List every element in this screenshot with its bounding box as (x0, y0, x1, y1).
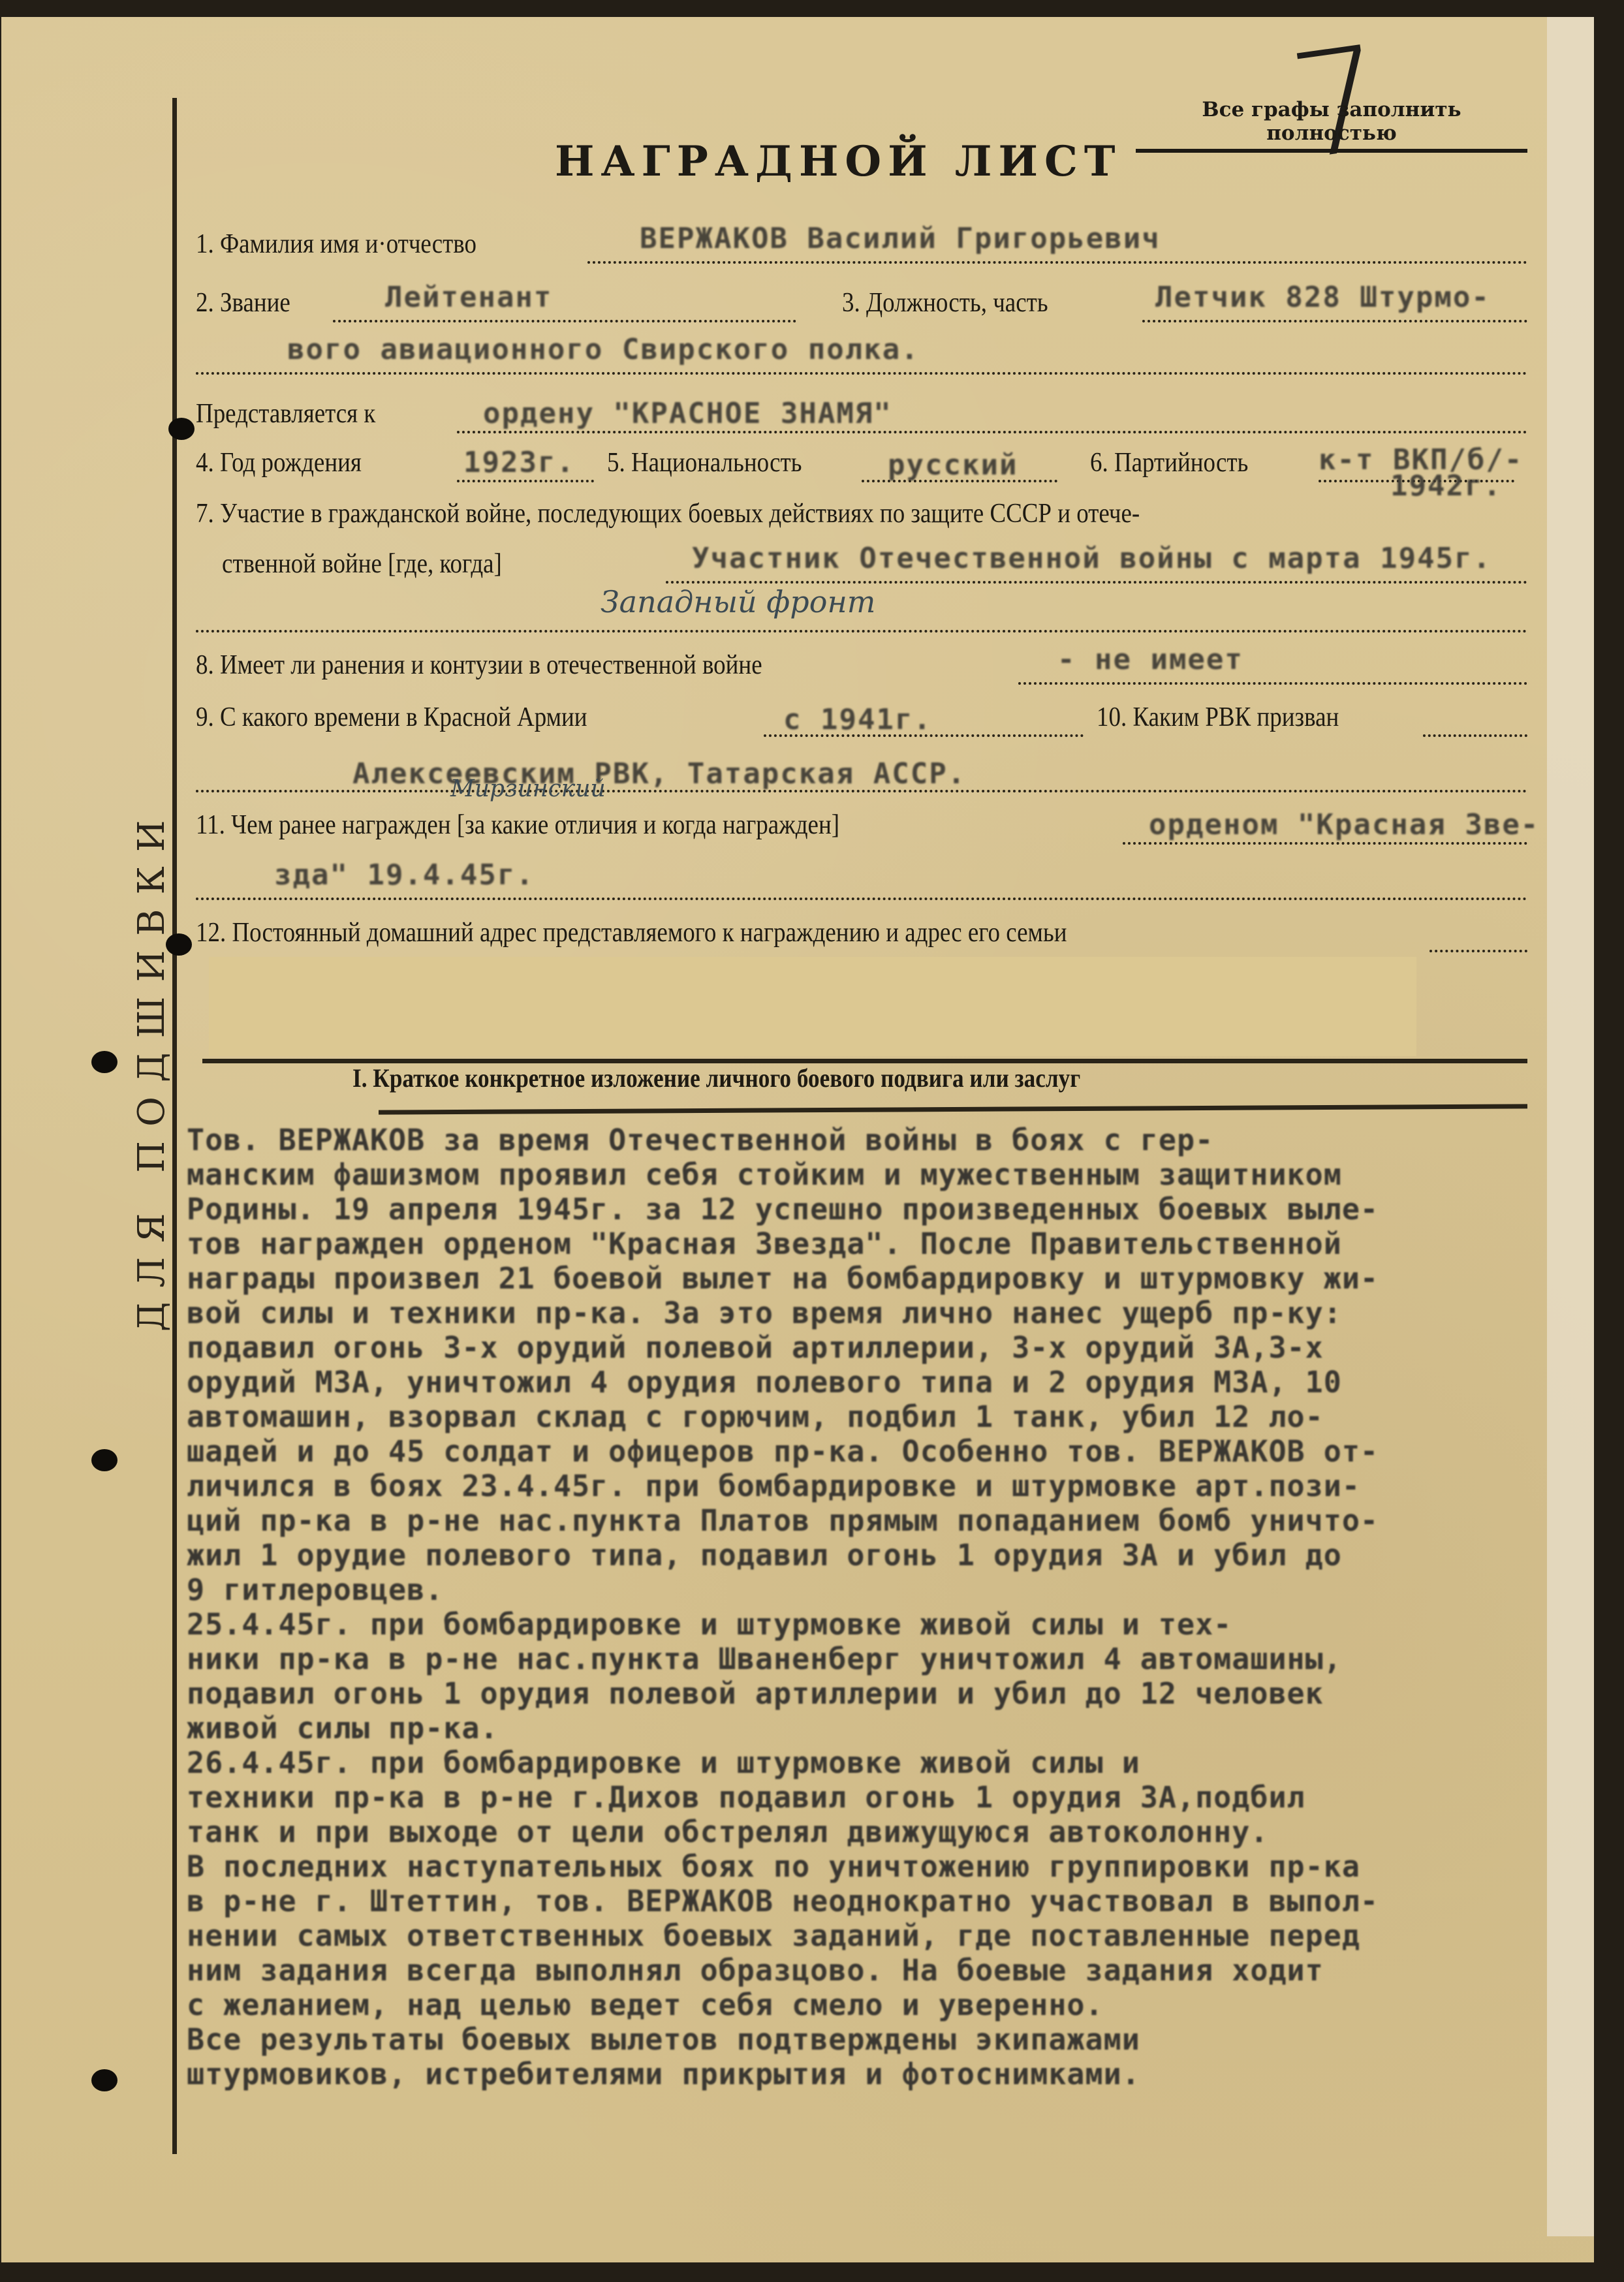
narrative-line: Тов. ВЕРЖАКОВ за время Отечественной вой… (187, 1123, 1590, 1157)
narrative-line: подавил огонь 1 орудия полевой артиллери… (187, 1676, 1590, 1711)
field-label: 11. Чем ранее награжден [за какие отличи… (196, 809, 839, 841)
narrative-line: нении самых ответственных боевых заданий… (187, 1918, 1590, 1953)
binding-hole-icon (91, 1449, 117, 1471)
binding-hole-icon (168, 418, 195, 440)
document-title: НАГРАДНОЙ ЛИСТ (555, 137, 1122, 186)
field-label: 2. Звание (196, 287, 290, 319)
narrative-line: награды произвел 21 боевой вылет на бомб… (187, 1261, 1590, 1296)
field-label: 3. Должность, часть (842, 287, 1048, 319)
field-label: 9. С какого времени в Красной Армии (196, 702, 587, 733)
field-value: вого авиационного Свирского полка. (287, 333, 920, 366)
field-rvk-cont: Алексеевским РВК, Татарская АССР. Мирзин… (196, 751, 1527, 796)
field-position-cont: вого авиационного Свирского полка. (196, 333, 1527, 379)
field-previous-awards: 11. Чем ранее награжден [за какие отличи… (196, 803, 1527, 849)
field-rank-position: 2. Звание Лейтенант 3. Должность, часть … (196, 281, 1527, 326)
narrative-line: жил 1 орудие полевого типа, подавил огон… (187, 1538, 1590, 1572)
narrative-line: ники пр-ка в р-не нас.пункта Шваненберг … (187, 1642, 1590, 1676)
field-service-since-rvk: 9. С какого времени в Красной Армии с 19… (196, 695, 1527, 741)
narrative-line: танк и при выходе от цели обстрелял движ… (187, 1815, 1590, 1849)
binding-hole-icon (166, 933, 192, 956)
narrative-line: штурмовиков, истребителями прикрытия и ф… (187, 2057, 1590, 2091)
field-war-participation-cont: ственной войне [где, когда] Участник Оте… (196, 542, 1527, 587)
binding-hole-icon (91, 1051, 117, 1073)
field-war-participation: 7. Участие в гражданской войне, последую… (196, 493, 1527, 539)
field-label: 5. Национальность (607, 447, 802, 478)
narrative-line: личился в боях 23.4.45г. при бомбардиров… (187, 1469, 1590, 1503)
field-wounds: 8. Имеет ли ранения и контузии в отечест… (196, 643, 1527, 689)
narrative-line: в р-не г. Штеттин, тов. ВЕРЖАКОВ неоднок… (187, 1884, 1590, 1918)
narrative-line: Родины. 19 апреля 1945г. за 12 успешно п… (187, 1192, 1590, 1227)
narrative-line: с желанием, над целью ведет себя смело и… (187, 1988, 1590, 2022)
field-home-address: 12. Постоянный домашний адрес представля… (196, 911, 1527, 956)
narrative-line: Все результаты боевых вылетов подтвержде… (187, 2022, 1590, 2057)
field-value: Летчик 828 Штурмо- (1155, 281, 1490, 314)
field-value: ВЕРЖАКОВ Василий Григорьевич (640, 222, 1161, 255)
field-label: 7. Участие в гражданской войне, последую… (196, 498, 1140, 529)
field-value: Алексеевским РВК, Татарская АССР. (352, 757, 966, 790)
field-label: 12. Постоянный домашний адрес представля… (196, 917, 1067, 948)
fill-line (196, 597, 1527, 633)
section-heading: I. Краткое конкретное изложение личного … (352, 1063, 1080, 1093)
field-label: ственной войне [где, когда] (222, 548, 502, 580)
field-label: 4. Год рождения (196, 447, 362, 478)
narrative-line: 9 гитлеровцев. (187, 1572, 1590, 1607)
field-value: с 1941г. (783, 703, 932, 736)
redacted-address-block (209, 957, 1416, 1056)
field-label: 6. Партийность (1090, 447, 1248, 478)
narrative-line: вой силы и техники пр-ка. За это время л… (187, 1296, 1590, 1330)
field-value: - не имеет (1057, 643, 1243, 676)
field-value: Лейтенант (385, 281, 552, 314)
narrative-line: ций пр-ка в р-не нас.пункта Платов прямы… (187, 1503, 1590, 1538)
field-birth-nationality-party: 4. Год рождения 1923г. 5. Национальность… (196, 441, 1527, 486)
field-war-participation-note: Западный фронт (196, 584, 1527, 630)
narrative-line: тов награжден орденом "Красная Звезда". … (187, 1227, 1590, 1261)
field-value: русский (888, 448, 1018, 482)
field-full-name: 1. Фамилия имя и·отчество ВЕРЖАКОВ Васил… (196, 222, 1527, 268)
binding-label: ДЛЯ ПОДШИВКИ (131, 805, 173, 1332)
field-value: орденом "Красная Зве- (1149, 808, 1539, 841)
narrative-line: манским фашизмом проявил себя стойким и … (187, 1157, 1590, 1192)
field-label: Представляется к (196, 398, 375, 430)
narrative-line: 25.4.45г. при бомбардировке и штурмовке … (187, 1607, 1590, 1642)
narrative-line: В последних наступательных боях по уничт… (187, 1849, 1590, 1884)
narrative-line: ним задания всегда выполнял образцово. Н… (187, 1953, 1590, 1988)
field-value: ордену "КРАСНОЕ ЗНАМЯ" (483, 397, 892, 430)
fill-line (1429, 917, 1527, 952)
field-label: 1. Фамилия имя и·отчество (196, 228, 476, 260)
narrative-line: автомашин, взорвал склад с горючим, подб… (187, 1399, 1590, 1434)
field-previous-awards-cont: зда" 19.4.45г. (196, 858, 1527, 904)
narrative-text: Тов. ВЕРЖАКОВ за время Отечественной вой… (187, 1123, 1590, 2091)
binding-hole-icon (91, 2069, 117, 2091)
narrative-line: шадей и до 45 солдат и офицеров пр-ка. О… (187, 1434, 1590, 1469)
field-value: 1923г. (463, 446, 575, 479)
field-value: Участник Отечественной войны с марта 194… (692, 542, 1491, 575)
narrative-line: живой силы пр-ка. (187, 1711, 1590, 1745)
handwritten-note: Мирзинский (450, 775, 606, 802)
narrative-line: техники пр-ка в р-не г.Дихов подавил ого… (187, 1780, 1590, 1815)
narrative-line: 26.4.45г. при бомбардировке и штурмовке … (187, 1745, 1590, 1780)
fill-line (1423, 702, 1527, 737)
narrative-line: орудий МЗА, уничтожил 4 орудия полевого … (187, 1365, 1590, 1399)
field-presented-to: Представляется к ордену "КРАСНОЕ ЗНАМЯ" (196, 392, 1527, 437)
narrative-line: подавил огонь 3-х орудий полевой артилле… (187, 1330, 1590, 1365)
field-label: 10. Каким РВК призван (1097, 702, 1339, 733)
fill-instruction: Все графы заполнить полностью (1136, 98, 1527, 153)
binding-margin-line (172, 98, 177, 2154)
field-value: зда" 19.4.45г. (274, 858, 535, 892)
field-label: 8. Имеет ли ранения и контузии в отечест… (196, 649, 762, 681)
